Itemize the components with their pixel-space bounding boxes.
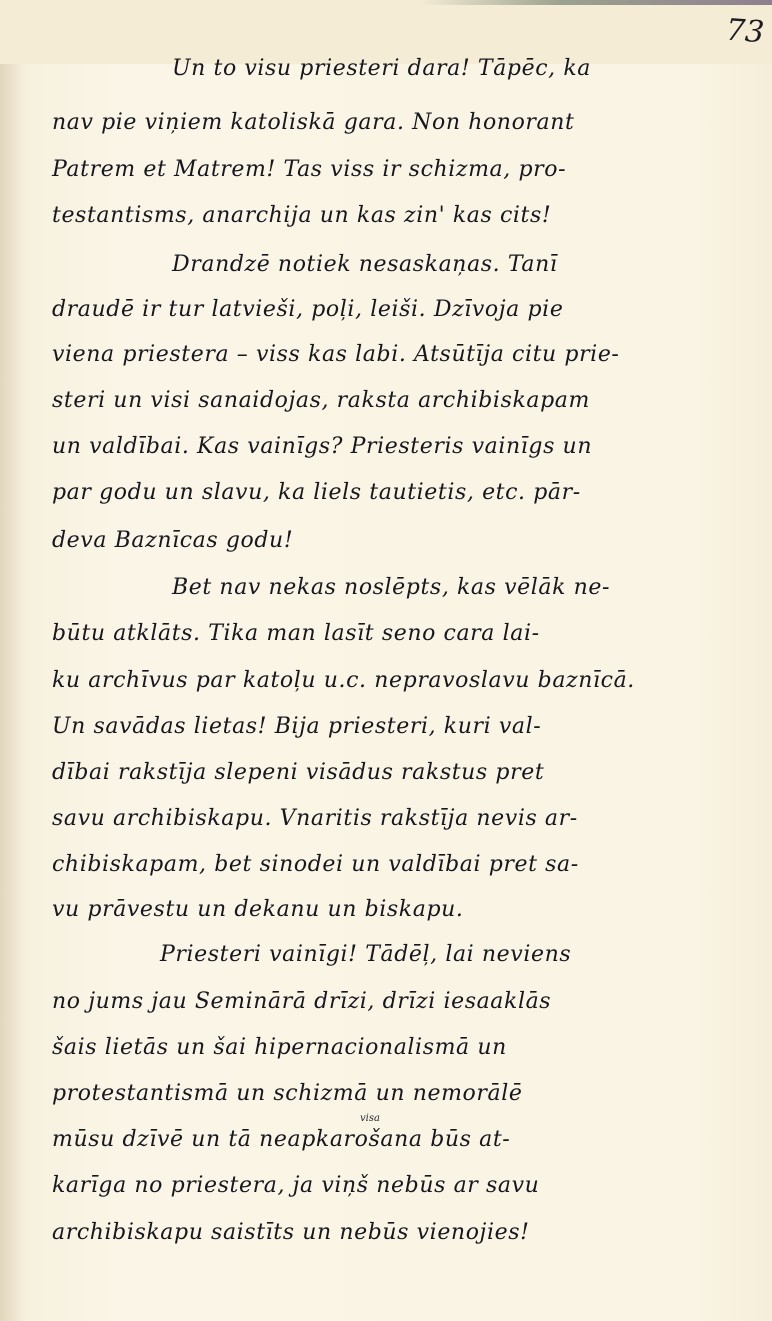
page-number: 73 xyxy=(725,13,766,51)
text-line: mūsu dzīvē un tā neapkarošana būs at- xyxy=(52,1127,510,1152)
text-line: Un to visu priesteri dara! Tāpēc, ka xyxy=(172,56,591,81)
paper-top-strip xyxy=(0,0,772,64)
text-line: no jums jau Seminārā drīzi, drīzi iesaak… xyxy=(52,989,551,1014)
book-edge-shadow xyxy=(420,0,772,5)
text-line: Bet nav nekas noslēpts, kas vēlāk ne- xyxy=(172,575,610,600)
text-line: protestantismā un schizmā un nemorālē xyxy=(52,1081,522,1106)
text-line: steri un visi sanaidojas, raksta archibi… xyxy=(52,388,590,413)
text-line: nav pie viņiem katoliskā gara. Non honor… xyxy=(52,110,574,135)
text-line: chibiskapam, bet sinodei un valdībai pre… xyxy=(52,852,579,877)
text-line: karīga no priestera, ja viņš nebūs ar sa… xyxy=(52,1173,539,1198)
text-line: Patrem et Matrem! Tas viss ir schizma, p… xyxy=(52,157,566,182)
text-line: un valdībai. Kas vainīgs? Priesteris vai… xyxy=(52,434,592,459)
text-line: dībai rakstīja slepeni visādus rakstus p… xyxy=(52,760,544,785)
text-line: par godu un slavu, ka liels tautietis, e… xyxy=(52,480,581,505)
manuscript-page: 73 Un to visu priesteri dara! Tāpēc, ka … xyxy=(0,0,772,1321)
text-line: Drandzē notiek nesaskaņas. Tanī xyxy=(172,252,558,277)
text-line: Un savādas lietas! Bija priesteri, kuri … xyxy=(52,714,541,739)
text-line: archibiskapu saistīts un nebūs vienojies… xyxy=(52,1220,530,1245)
text-line: savu archibiskapu. Vnaritis rakstīja nev… xyxy=(52,806,578,831)
text-line: testantisms, anarchija un kas zin' kas c… xyxy=(52,203,551,228)
interlinear-insertion: visa xyxy=(360,1113,380,1124)
text-line: šais lietās un šai hipernacionalismā un xyxy=(52,1035,507,1060)
text-line: būtu atklāts. Tika man lasīt seno cara l… xyxy=(52,621,540,646)
binding-shadow xyxy=(0,64,24,1321)
text-line: viena priestera – viss kas labi. Atsūtīj… xyxy=(52,342,619,367)
text-line: Priesteri vainīgi! Tādēļ, lai neviens xyxy=(160,942,571,967)
text-line: deva Baznīcas godu! xyxy=(52,528,293,553)
text-line: ku archīvus par katoļu u.c. nepravoslavu… xyxy=(52,668,635,693)
text-line: draudē ir tur latvieši, poļi, leiši. Dzī… xyxy=(52,297,563,322)
text-line: vu prāvestu un dekanu un biskapu. xyxy=(52,897,464,922)
